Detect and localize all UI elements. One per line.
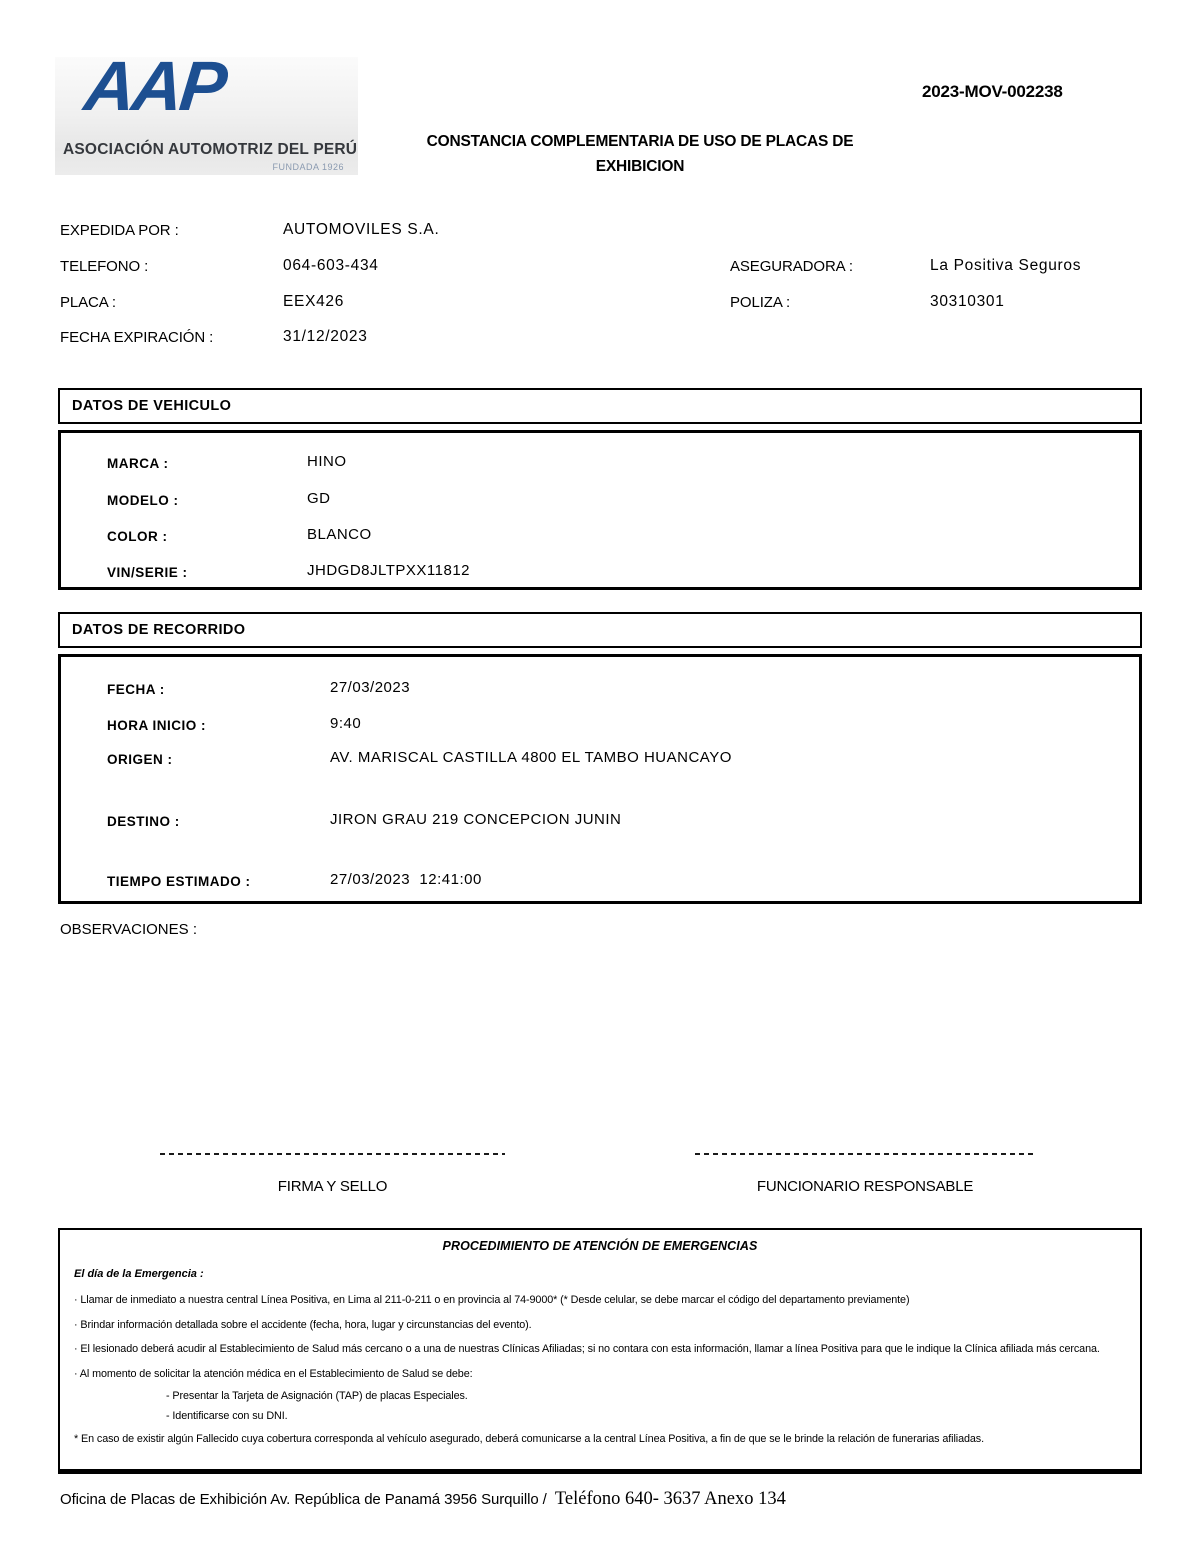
route-row-value: 27/03/2023 xyxy=(330,679,410,697)
emergency-item: · Brindar información detallada sobre el… xyxy=(74,1318,1126,1334)
modelo-label: MODELO : xyxy=(107,493,179,508)
origen-label: ORIGEN : xyxy=(107,752,173,767)
footer-phone: Teléfono 640- 3637 Anexo 134 xyxy=(555,1489,786,1509)
funcionario-signature-line xyxy=(695,1153,1035,1155)
aap-logo-acronym: AAP xyxy=(81,57,227,121)
emergency-item: · Al momento de solicitar la atención mé… xyxy=(74,1367,1126,1383)
tiempo-estimado-label: TIEMPO ESTIMADO : xyxy=(107,874,251,889)
hora-inicio-label: HORA INICIO : xyxy=(107,718,206,733)
document-number: 2023-MOV-002238 xyxy=(922,82,1063,102)
vehicle-row-value: GD xyxy=(307,490,331,508)
vehicle-row: MARCA : xyxy=(107,455,169,473)
vehicle-row-value: BLANCO xyxy=(307,526,372,544)
aap-logo: AAP ASOCIACIÓN AUTOMOTRIZ DEL PERÚ FUNDA… xyxy=(55,57,358,175)
document-title-line2: EXHIBICION xyxy=(340,154,940,179)
footer-address: Oficina de Placas de Exhibición Av. Repú… xyxy=(60,1491,539,1508)
footer-separator: / xyxy=(539,1491,555,1508)
vin-serie-value: JHDGD8JLTPXX11812 xyxy=(307,562,470,579)
route-row-value: JIRON GRAU 219 CONCEPCION JUNIN xyxy=(330,811,621,829)
poliza-value: 30310301 xyxy=(930,293,1005,311)
footer: Oficina de Placas de Exhibición Av. Repú… xyxy=(60,1489,786,1510)
document-page: AAP ASOCIACIÓN AUTOMOTRIZ DEL PERÚ FUNDA… xyxy=(0,0,1200,1553)
route-row: FECHA : xyxy=(107,681,165,699)
emergency-item: · El lesionado deberá acudir al Establec… xyxy=(74,1342,1126,1358)
placa-value: EEX426 xyxy=(283,293,344,311)
route-row-value: AV. MARISCAL CASTILLA 4800 EL TAMBO HUAN… xyxy=(330,749,732,767)
route-row: DESTINO : xyxy=(107,813,180,831)
tiempo-estimado-value: 27/03/2023 12:41:00 xyxy=(330,871,482,888)
route-section-title: DATOS DE RECORRIDO xyxy=(72,622,245,638)
route-row: TIEMPO ESTIMADO : xyxy=(107,873,251,891)
telefono-label: TELEFONO : xyxy=(60,258,148,275)
firma-sello-label: FIRMA Y SELLO xyxy=(160,1178,505,1195)
aap-logo-name: ASOCIACIÓN AUTOMOTRIZ DEL PERÚ xyxy=(63,141,353,159)
vin-serie-label: VIN/SERIE : xyxy=(107,565,188,580)
telefono-value: 064-603-434 xyxy=(283,257,379,275)
marca-label: MARCA : xyxy=(107,456,169,471)
vehicle-row-value: JHDGD8JLTPXX11812 xyxy=(307,562,470,580)
aseguradora-value: La Positiva Seguros xyxy=(930,257,1081,275)
emergency-procedures-box: PROCEDIMIENTO DE ATENCIÓN DE EMERGENCIAS… xyxy=(58,1228,1142,1474)
vehicle-row-value: HINO xyxy=(307,453,347,471)
vehicle-section-body: MARCA : HINO MODELO : GD COLOR : BLANCO … xyxy=(58,430,1142,590)
expedida-por-value: AUTOMOVILES S.A. xyxy=(283,221,439,239)
aseguradora-label: ASEGURADORA : xyxy=(730,258,853,275)
emergency-subitem: - Presentar la Tarjeta de Asignación (TA… xyxy=(74,1389,1126,1405)
fecha-expiracion-label: FECHA EXPIRACIÓN : xyxy=(60,329,213,346)
modelo-value: GD xyxy=(307,490,331,507)
emergency-subitem: - Identificarse con su DNI. xyxy=(74,1409,1126,1425)
vehicle-section-header: DATOS DE VEHICULO xyxy=(58,388,1142,424)
expedida-por-label: EXPEDIDA POR : xyxy=(60,222,179,239)
route-row: HORA INICIO : xyxy=(107,717,206,735)
placa-label: PLACA : xyxy=(60,294,116,311)
observaciones-label: OBSERVACIONES : xyxy=(60,921,197,938)
route-row-value: 9:40 xyxy=(330,715,361,733)
route-section-header: DATOS DE RECORRIDO xyxy=(58,612,1142,648)
document-title-line1: CONSTANCIA COMPLEMENTARIA DE USO DE PLAC… xyxy=(340,129,940,154)
firma-sello-signature-line xyxy=(160,1153,505,1155)
vehicle-row: COLOR : xyxy=(107,528,168,546)
vehicle-row: MODELO : xyxy=(107,492,179,510)
funcionario-responsable-label: FUNCIONARIO RESPONSABLE xyxy=(695,1178,1035,1195)
emergency-title: PROCEDIMIENTO DE ATENCIÓN DE EMERGENCIAS xyxy=(74,1239,1126,1253)
emergency-item: * En caso de existir algún Fallecido cuy… xyxy=(74,1432,1126,1448)
destino-label: DESTINO : xyxy=(107,814,180,829)
hora-inicio-value: 9:40 xyxy=(330,715,361,732)
destino-value: JIRON GRAU 219 CONCEPCION JUNIN xyxy=(330,811,621,828)
fecha-value: 27/03/2023 xyxy=(330,679,410,696)
emergency-intro: El día de la Emergencia : xyxy=(74,1268,1126,1280)
route-row-value: 27/03/2023 12:41:00 xyxy=(330,871,482,889)
color-value: BLANCO xyxy=(307,526,372,543)
emergency-item: · Llamar de inmediato a nuestra central … xyxy=(74,1293,1126,1309)
poliza-label: POLIZA : xyxy=(730,294,790,311)
document-title: CONSTANCIA COMPLEMENTARIA DE USO DE PLAC… xyxy=(340,129,940,179)
vehicle-section-title: DATOS DE VEHICULO xyxy=(72,398,231,414)
aap-logo-founded: FUNDADA 1926 xyxy=(272,162,344,172)
vehicle-row: VIN/SERIE : xyxy=(107,564,188,582)
color-label: COLOR : xyxy=(107,529,168,544)
marca-value: HINO xyxy=(307,453,347,470)
route-section-body: FECHA : 27/03/2023 HORA INICIO : 9:40 OR… xyxy=(58,654,1142,904)
fecha-label: FECHA : xyxy=(107,682,165,697)
route-row: ORIGEN : xyxy=(107,751,173,769)
origen-value: AV. MARISCAL CASTILLA 4800 EL TAMBO HUAN… xyxy=(330,749,732,766)
fecha-expiracion-value: 31/12/2023 xyxy=(283,328,368,346)
